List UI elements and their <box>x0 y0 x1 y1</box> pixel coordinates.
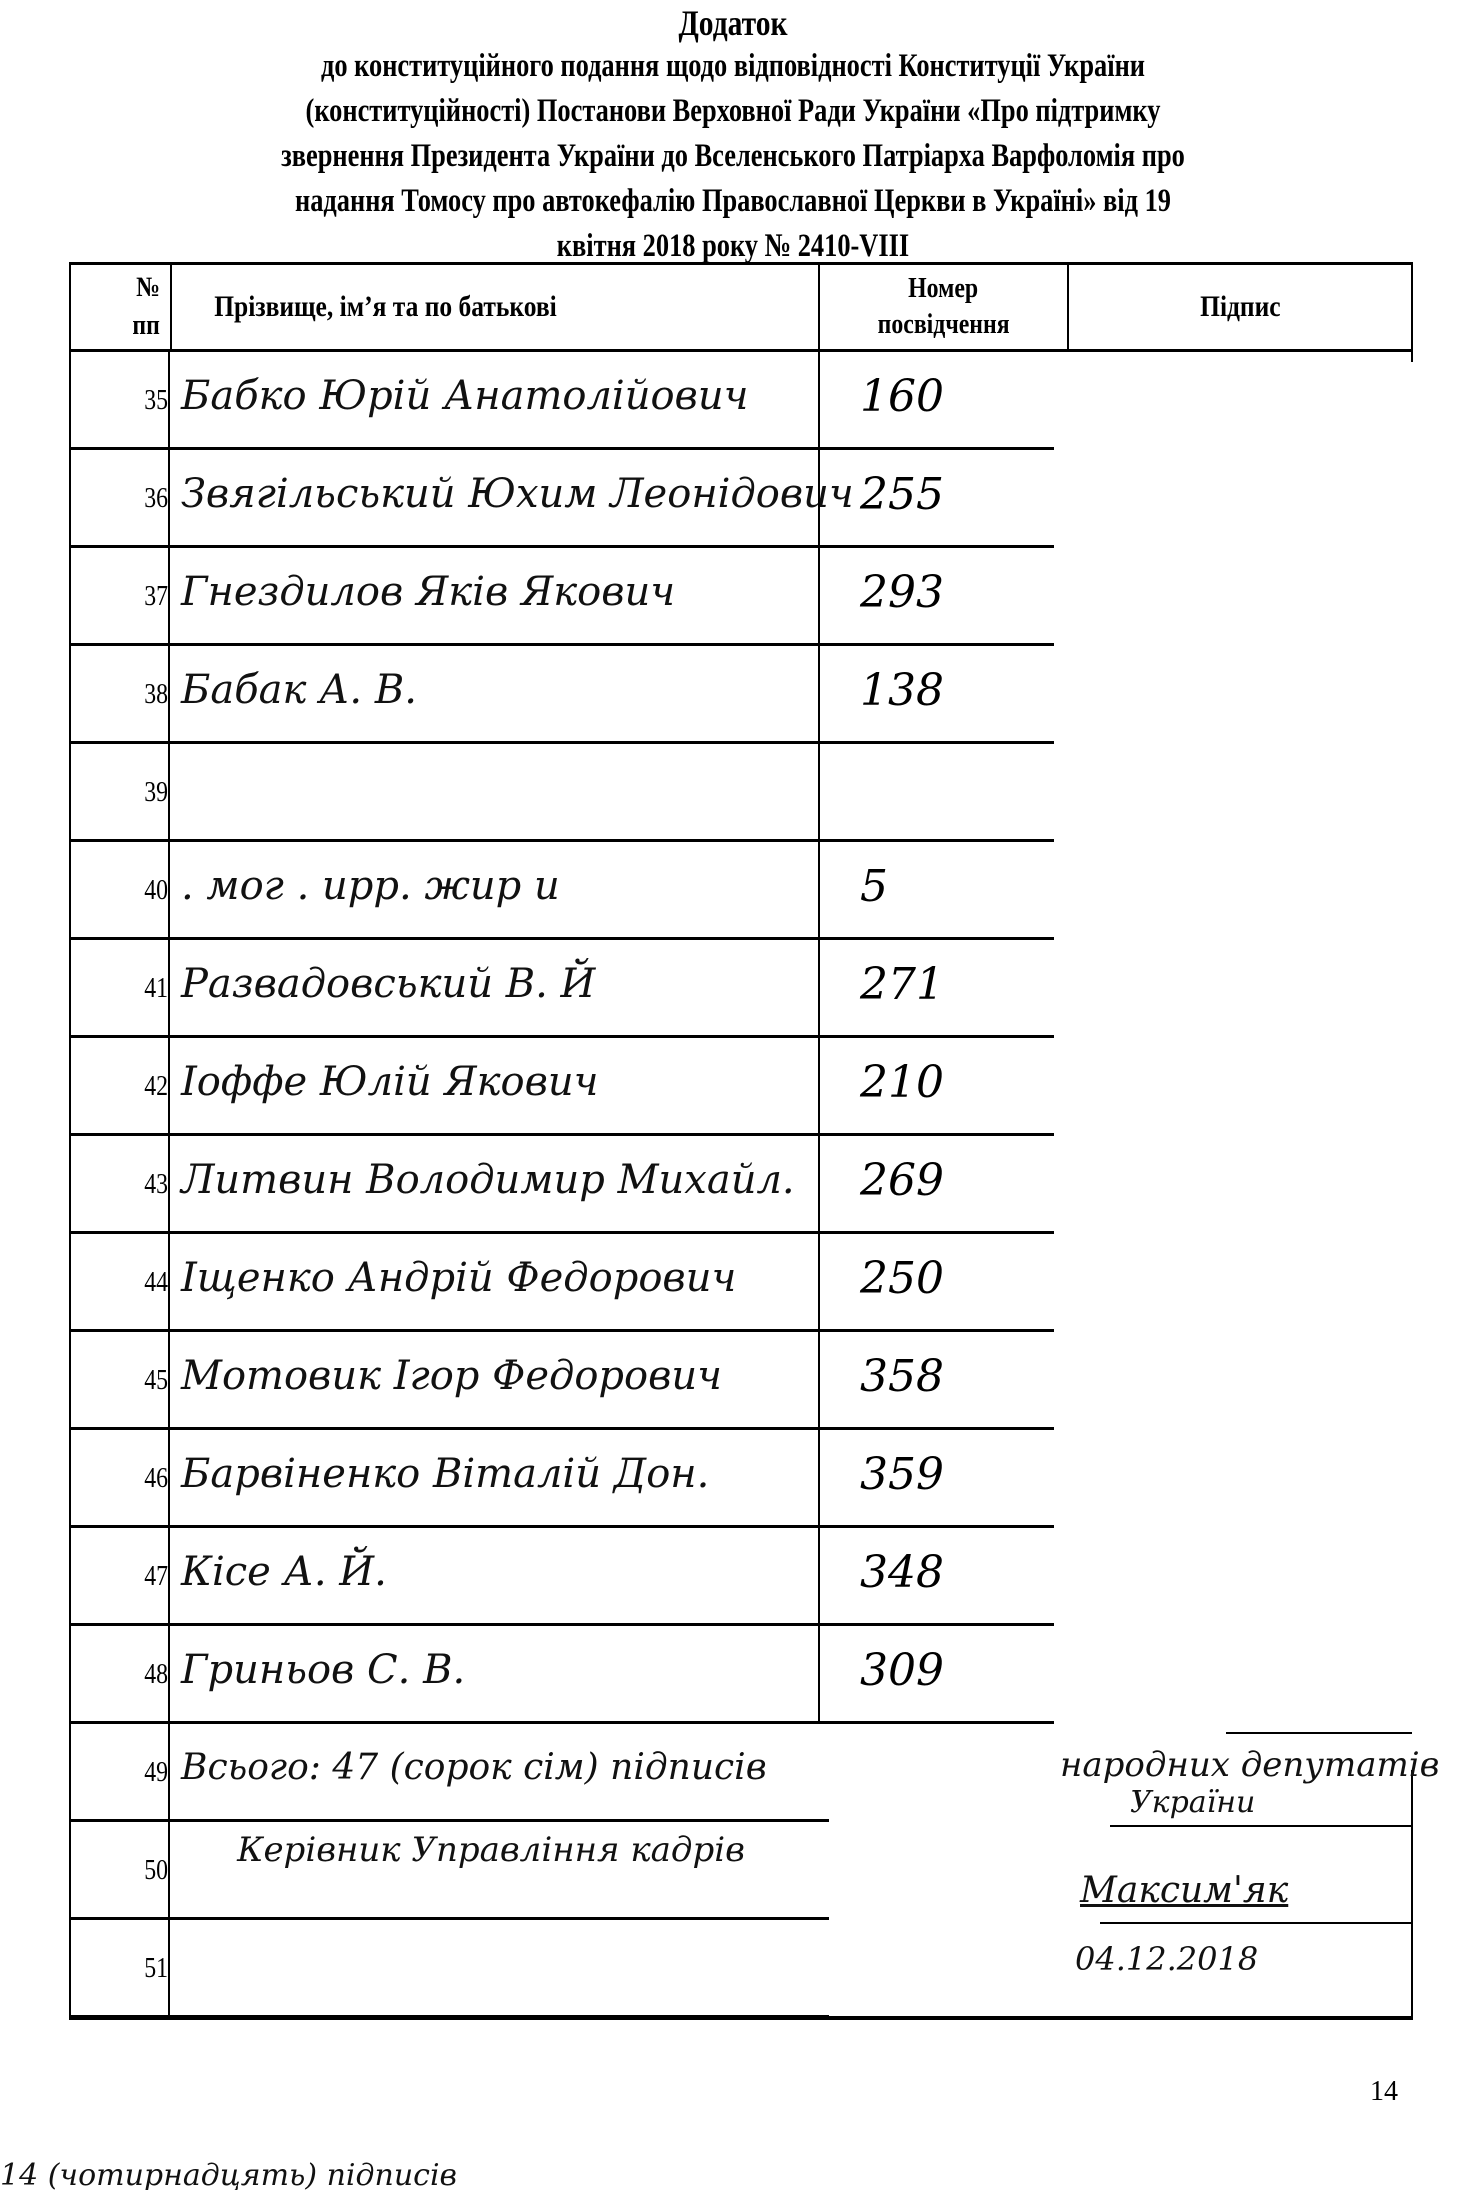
header-name: Прізвище, ім’я та по батькові <box>172 265 820 349</box>
row-id-number: 138 <box>818 646 1054 741</box>
page-number: 14 <box>1370 2076 1398 2108</box>
row-name: Бабко Юрій Анатолійович <box>181 366 821 426</box>
row-id-number: 358 <box>818 1332 1054 1427</box>
row-number: 38 <box>69 646 170 741</box>
row-id-number: 250 <box>818 1234 1054 1329</box>
row-name: Барвіненко Віталій Дон. <box>181 1444 821 1504</box>
row-number: 36 <box>69 450 170 545</box>
row-number-text: 40 <box>144 842 168 940</box>
row-name: Развадовський В. Й <box>181 954 821 1014</box>
row-id-number: 309 <box>818 1626 1054 1721</box>
row-number-text: 43 <box>144 1136 168 1234</box>
table-row: 37Гнездилов Яків Якович293 <box>69 548 1054 646</box>
row-id-number: 210 <box>818 1038 1054 1133</box>
row-id-number: 271 <box>818 940 1054 1035</box>
row-id-number: 348 <box>818 1528 1054 1623</box>
row-number: 41 <box>69 940 170 1035</box>
sign-date: 04.12.2018 <box>1075 1940 1258 1978</box>
table-row: 48Гриньов С. В.309 <box>69 1626 1054 1724</box>
row-number-text: 39 <box>144 744 168 842</box>
table-row: 45Мотовик Ігор Федорович358 <box>69 1332 1054 1430</box>
table-row: 46Барвіненко Віталій Дон.359 <box>69 1430 1054 1528</box>
document-title: Додаток до конституційного подання щодо … <box>40 0 1426 269</box>
signature-column-stub <box>1411 352 1413 362</box>
table-right-border <box>1411 1770 1413 2020</box>
row-number: 45 <box>69 1332 170 1427</box>
header-signature-label: Підпис <box>1200 290 1281 324</box>
row-id-number: 255 <box>818 450 1054 545</box>
row-number-text: 45 <box>144 1332 168 1430</box>
table-row: 44Іщенко Андрій Федорович250 <box>69 1234 1054 1332</box>
title-line-2: (конституційності) Постанови Верховної Р… <box>179 89 1288 134</box>
row-number: 40 <box>69 842 170 937</box>
row-number: 35 <box>69 352 170 447</box>
total-continuation: народних депутатів <box>1060 1745 1439 1785</box>
header-id: Номер посвідчення <box>820 265 1069 349</box>
table-row: 41Развадовський В. Й271 <box>69 940 1054 1038</box>
table-row: 38Бабак А. В.138 <box>69 646 1054 744</box>
row-id-number: 293 <box>818 548 1054 643</box>
bottom-handwritten-note: 14 (чотирнадцять) підписів <box>0 2158 457 2190</box>
table-header: № пп Прізвище, ім’я та по батькові Номер… <box>69 262 1413 352</box>
row-number: 51 <box>69 1920 170 2015</box>
row-number: 50 <box>69 1822 170 1917</box>
total-continuation-2: України <box>1130 1785 1255 1820</box>
row-number: 44 <box>69 1234 170 1329</box>
row-name: Іоффе Юлій Якович <box>181 1052 821 1112</box>
row-number-text: 41 <box>144 940 168 1038</box>
table-row: 43Литвин Володимир Михайл.269 <box>69 1136 1054 1234</box>
row-name: Гнездилов Яків Якович <box>181 562 821 622</box>
row-number: 39 <box>69 744 170 839</box>
table-row: 40. мог . ирр. жир и5 <box>69 842 1054 940</box>
signer-signature: Максим'як <box>1080 1870 1288 1911</box>
row-name: Мотовик Ігор Федорович <box>181 1346 821 1406</box>
header-number-line2: пп <box>132 307 159 345</box>
header-id-line1: Номер <box>909 271 979 307</box>
title-line-1: до конституційного подання щодо відповід… <box>179 44 1288 89</box>
row-number-text: 37 <box>144 548 168 646</box>
header-signature: Підпис <box>1069 265 1411 349</box>
table-row: 36Звягільський Юхим Леонідович255 <box>69 450 1054 548</box>
row-name: Гриньов С. В. <box>181 1640 821 1700</box>
table-row: 50Керівник Управління кадрів <box>69 1822 829 1920</box>
row-id-number <box>818 744 1054 839</box>
row-name: Кісе А. Й. <box>181 1542 821 1602</box>
row-number-text: 36 <box>144 450 168 548</box>
row-number-text: 42 <box>144 1038 168 1136</box>
signature-underline <box>1110 1825 1412 1827</box>
row-name: Керівник Управління кадрів <box>181 1830 801 1870</box>
table-row: 39 <box>69 744 1054 842</box>
signature-line <box>1226 1732 1412 1734</box>
table-row: 47Кісе А. Й.348 <box>69 1528 1054 1626</box>
table-row: 51 <box>69 1920 829 2018</box>
row-number-text: 44 <box>144 1234 168 1332</box>
row-id-number: 359 <box>818 1430 1054 1525</box>
row-number-text: 47 <box>144 1528 168 1626</box>
table-row: 42Іоффе Юлій Якович210 <box>69 1038 1054 1136</box>
row-id-number: 160 <box>818 352 1054 447</box>
row-number-text: 35 <box>144 352 168 450</box>
row-name: Іщенко Андрій Федорович <box>181 1248 821 1308</box>
row-number-text: 51 <box>144 1920 168 2018</box>
row-id-number: 269 <box>818 1136 1054 1231</box>
row-name: Бабак А. В. <box>181 660 821 720</box>
title-main: Додаток <box>165 2 1302 44</box>
row-name: . мог . ирр. жир и <box>181 856 821 916</box>
title-line-4: надання Томосу про автокефалію Православ… <box>179 179 1288 224</box>
row-number-text: 38 <box>144 646 168 744</box>
row-number: 42 <box>69 1038 170 1133</box>
row-number-text: 46 <box>144 1430 168 1528</box>
header-number: № пп <box>71 265 172 349</box>
header-number-line1: № <box>136 269 160 307</box>
table-row: 35Бабко Юрій Анатолійович160 <box>69 352 1054 450</box>
row-name: Звягільський Юхим Леонідович <box>181 464 821 524</box>
row-id-number: 5 <box>818 842 1054 937</box>
row-number: 48 <box>69 1626 170 1721</box>
row-name: Литвин Володимир Михайл. <box>181 1150 821 1210</box>
table-row: 49Всього: 47 (сорок сім) підписів <box>69 1724 829 1822</box>
table-bottom-border <box>69 2016 1413 2020</box>
row-number-text: 48 <box>144 1626 168 1724</box>
row-number: 47 <box>69 1528 170 1623</box>
row-number: 37 <box>69 548 170 643</box>
title-line-3: звернення Президента України до Вселенсь… <box>179 134 1288 179</box>
row-number: 49 <box>69 1724 170 1819</box>
header-name-label: Прізвище, ім’я та по батькові <box>214 290 556 324</box>
signature-underline <box>1100 1922 1412 1924</box>
row-number-text: 50 <box>144 1822 168 1920</box>
row-number: 43 <box>69 1136 170 1231</box>
header-id-line2: посвідчення <box>878 307 1010 343</box>
row-number-text: 49 <box>144 1724 168 1822</box>
row-number: 46 <box>69 1430 170 1525</box>
